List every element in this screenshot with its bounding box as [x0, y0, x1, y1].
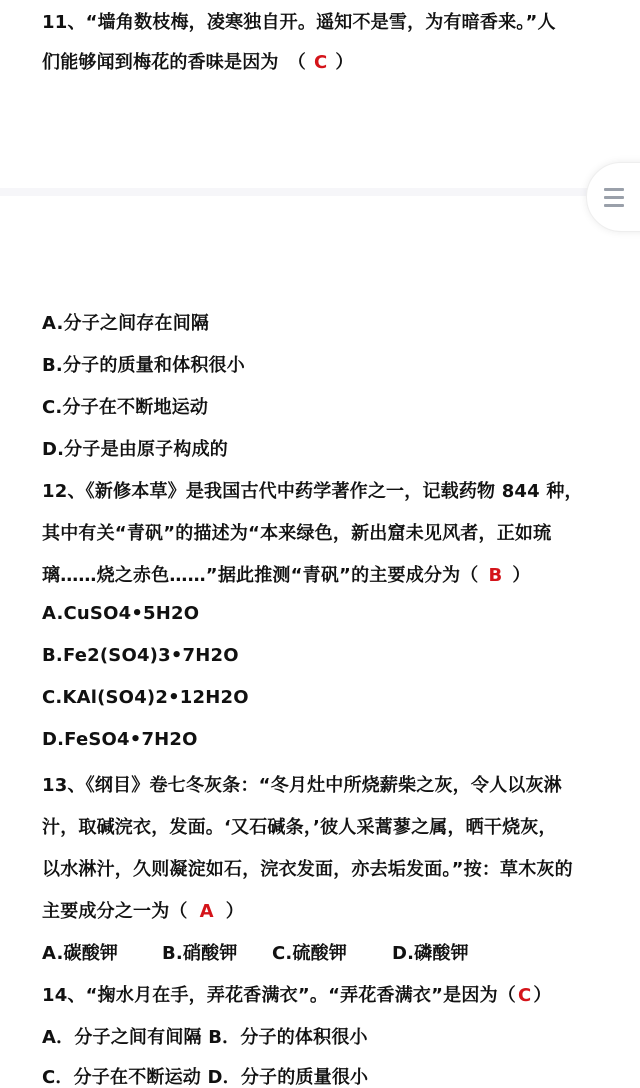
q12-paren: ）: [512, 565, 530, 586]
q11-option-b: B.分子的质量和体积很小: [42, 351, 245, 377]
q13-option-a: A.碳酸钾: [42, 939, 162, 965]
q12-option-a: A.CuSO4•5H2O: [42, 603, 199, 624]
q14-stem-line1: 14、“掬水月在手，弄花香满衣”。“弄花香满衣”是因为（C）: [42, 981, 552, 1007]
q13-stem-line1: 13、《纲目》卷七冬灰条：“冬月灶中所烧薪柴之灰，令人以灰淋: [42, 771, 562, 797]
q14-answer: C: [518, 985, 531, 1006]
q14-paren: ）: [533, 985, 551, 1006]
q11-option-a: A.分子之间存在间隔: [42, 309, 209, 335]
q12-stem-line3: 璃……烧之赤色……”据此推测“青矾”的主要成分为（B）: [42, 561, 531, 587]
q12-option-c: C.KAl(SO4)2•12H2O: [42, 687, 249, 708]
q14-options-line1: A．分子之间有间隔 B．分子的体积很小: [42, 1023, 368, 1049]
q12-stem-text: 璃……烧之赤色……”据此推测“青矾”的主要成分为（: [42, 565, 479, 586]
q11-option-c: C.分子在不断地运动: [42, 393, 208, 419]
q14-options-line2: C．分子在不断运动 D．分子的质量很小: [42, 1063, 368, 1088]
q12-answer: B: [489, 565, 503, 586]
q11-stem-text: 们能够闻到梅花的香味是因为 （: [42, 52, 306, 73]
q12-option-d: D.FeSO4•7H2O: [42, 729, 198, 750]
menu-button[interactable]: [586, 162, 640, 232]
q13-option-b: B.硝酸钾: [162, 939, 272, 965]
q13-stem-line2: 汁，取碱浣衣，发面。‘又石碱条，’彼人采蒿蓼之属，晒干烧灰，: [42, 813, 557, 839]
q13-options: A.碳酸钾B.硝酸钾C.硫酸钾D.磷酸钾: [42, 939, 469, 965]
q13-option-d: D.磷酸钾: [392, 939, 469, 965]
q13-stem-line4: 主要成分之一为（A）: [42, 897, 244, 923]
section-divider: [0, 188, 600, 196]
q13-option-c: C.硫酸钾: [272, 939, 392, 965]
q12-option-b: B.Fe2(SO4)3•7H2O: [42, 645, 239, 666]
q14-stem-text: 14、“掬水月在手，弄花香满衣”。“弄花香满衣”是因为（: [42, 985, 516, 1006]
q13-stem-line3: 以水淋汁，久则凝淀如石，浣衣发面，亦去垢发面。”按：草木灰的: [42, 855, 573, 881]
q13-stem-text: 主要成分之一为（: [42, 901, 188, 922]
q11-paren: ）: [335, 52, 353, 73]
q13-answer: A: [200, 901, 214, 922]
q11-stem-line2: 们能够闻到梅花的香味是因为 （C）: [42, 48, 354, 74]
q11-stem-line1: 11、“墙角数枝梅，凌寒独自开。遥知不是雪，为有暗香来。”人: [42, 8, 556, 34]
q12-stem-line2: 其中有关“青矾”的描述为“本来绿色，新出窟未见风者，正如琉: [42, 519, 551, 545]
q11-option-d: D.分子是由原子构成的: [42, 435, 228, 461]
q12-stem-line1: 12、《新修本草》是我国古代中药学著作之一，记载药物 844 种，: [42, 477, 583, 503]
q13-paren: ）: [226, 901, 244, 922]
q11-answer: C: [314, 52, 327, 73]
